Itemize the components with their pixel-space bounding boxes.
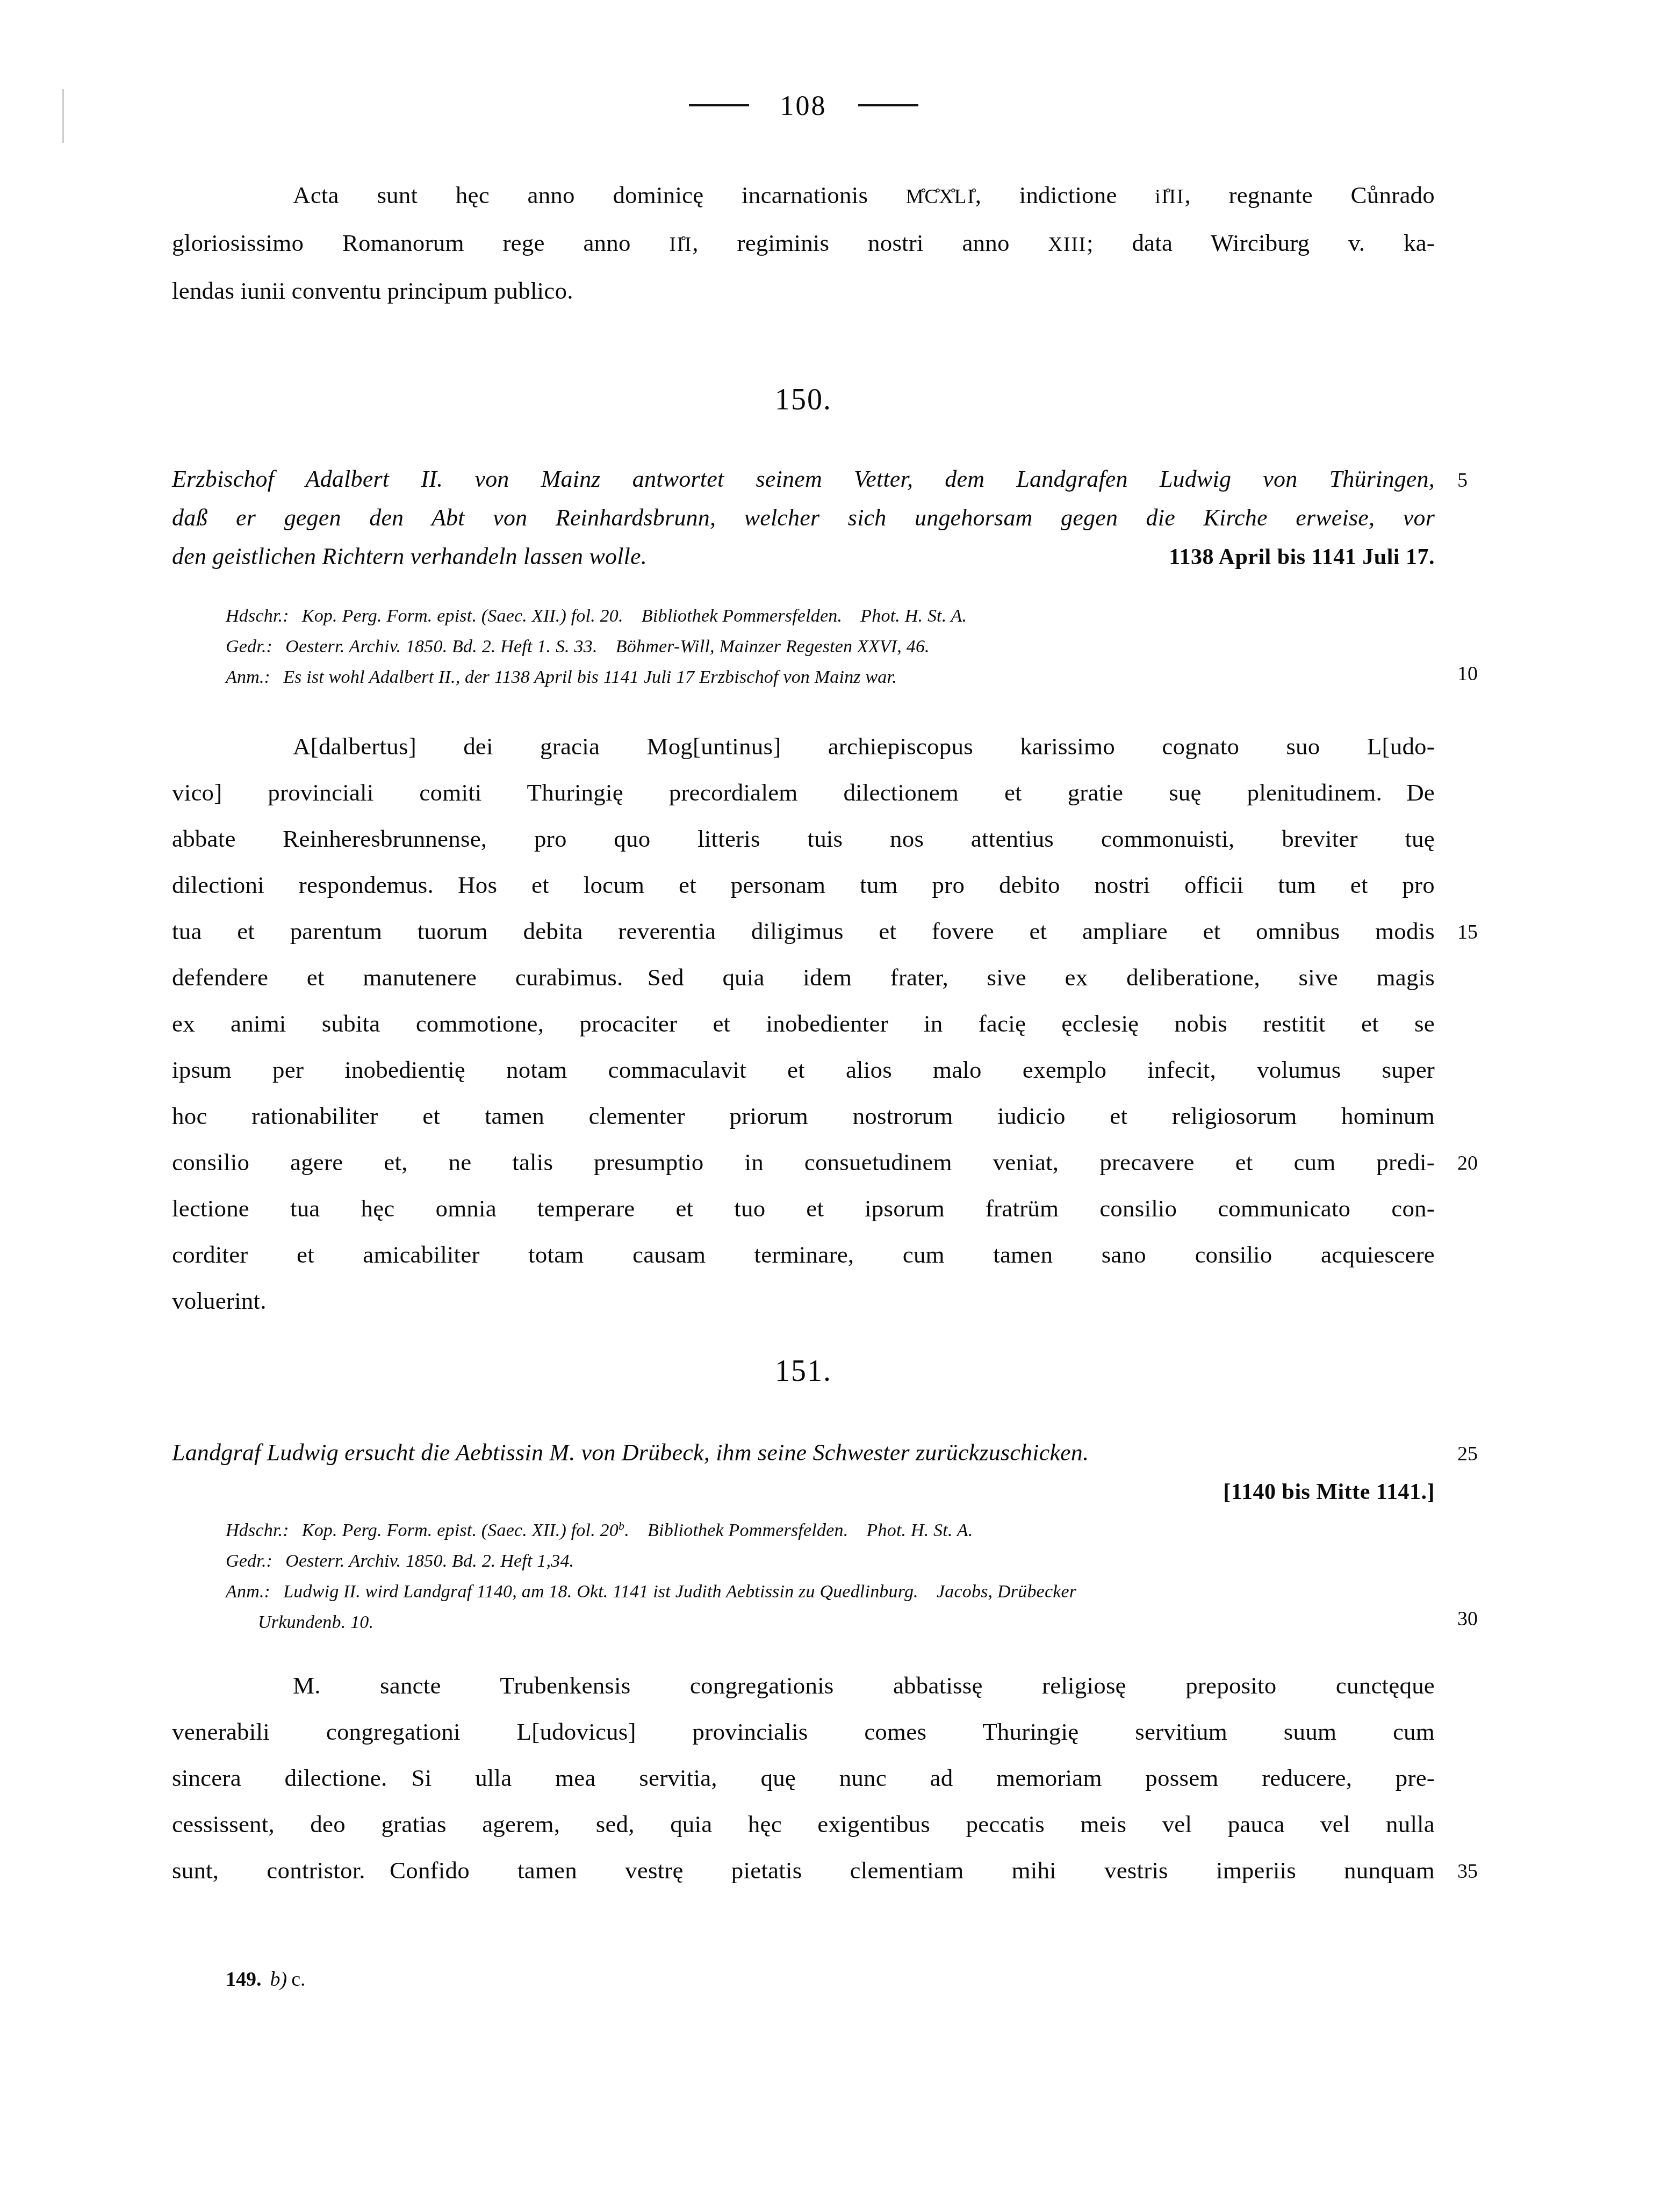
footnote-sigla: b) <box>270 1968 287 1991</box>
body-line: vico] provinciali comiti Thuringię preco… <box>172 769 1435 816</box>
text-run: gloriosissimo Romanorum rege anno <box>172 229 669 256</box>
page-number: 108 <box>780 91 827 121</box>
header-rule-left-icon <box>689 104 749 106</box>
entry-151-number: 151. <box>172 1354 1435 1388</box>
text-run: Erzbischof Adalbert II. von Mainz antwor… <box>172 466 1435 492</box>
source-label: Anm.: <box>226 667 270 687</box>
body-line: voluerint. <box>172 1278 1435 1324</box>
text-run: Acta sunt hęc anno dominicę incarnationi… <box>293 182 906 208</box>
text-run: Ludwig II. wird Landgraf 1140, am 18. Ok… <box>283 1582 1076 1602</box>
body-line: dilectioni respondemus. Hos et locum et … <box>172 862 1435 908</box>
text-run: , indictione <box>975 182 1155 208</box>
margin-line-number: 20 <box>1457 1140 1533 1186</box>
text-run: Urkundenb. 10. <box>258 1612 373 1632</box>
source-line-anm: Anm.:Es ist wohl Adalbert II., der 1138 … <box>172 662 1435 693</box>
body-line: ex animi subita commotione, procaciter e… <box>172 1000 1435 1047</box>
text-line: lendas iunii conventu principum publico. <box>172 268 1435 314</box>
source-label: Hdschr.: <box>226 1521 289 1540</box>
regest-line: daß er gegen den Abt von Reinhardsbrunn,… <box>172 499 1435 537</box>
footnote: 149.b)c. <box>172 1968 1489 1991</box>
body-line: A[dalbertus] dei gracia Mog[untinus] arc… <box>172 723 1435 769</box>
body-line: M. sancte Trubenkensis congregationis ab… <box>172 1662 1435 1709</box>
regest-line: Erzbischof Adalbert II. von Mainz antwor… <box>172 460 1435 499</box>
intro-paragraph: Acta sunt hęc anno dominicę incarnationi… <box>172 172 1435 314</box>
text-run: Es ist wohl Adalbert II., der 1138 April… <box>283 667 897 687</box>
body-line: hoc rationabiliter et tamen clementer pr… <box>172 1093 1435 1139</box>
body-line: defendere et manutenere curabimus. Sed q… <box>172 954 1435 1000</box>
margin-line-number: 30 <box>1457 1604 1533 1634</box>
entry-151-source-notes: Hdschr.:Kop. Perg. Form. epist. (Saec. X… <box>172 1515 1435 1638</box>
entry-150-number: 150. <box>172 383 1435 417</box>
text-run: . Bibliothek Pommersfelden. Phot. H. St.… <box>624 1521 973 1540</box>
body-line: consilio agere et, ne talis presumptio i… <box>172 1139 1435 1185</box>
superscript-folio: b <box>619 1519 624 1532</box>
text-run: , regiminis nostri anno <box>692 229 1048 256</box>
regest-line: den geistlichen Richtern verhandeln lass… <box>172 537 1435 577</box>
roman-numeral: XIII <box>1048 233 1087 255</box>
entry-150-regest: Erzbischof Adalbert II. von Mainz antwor… <box>172 460 1435 577</box>
source-label: Anm.: <box>226 1582 270 1602</box>
entry-150-body: A[dalbertus] dei gracia Mog[untinus] arc… <box>172 723 1435 1324</box>
text-run: consilio agere et, ne talis presumptio i… <box>172 1149 1435 1176</box>
text-run: Kop. Perg. Form. epist. (Saec. XII.) fol… <box>302 606 967 626</box>
body-line: sincera dilectione. Si ulla mea servitia… <box>172 1755 1435 1801</box>
body-line: abbate Reinheresbrunnense, pro quo litte… <box>172 816 1435 862</box>
source-label: Gedr.: <box>226 1551 272 1571</box>
footnote-entry-ref: 149. <box>226 1968 262 1991</box>
source-line-anm-continuation: Urkundenb. 10.30 <box>172 1607 1435 1638</box>
text-run: sunt, contristor. Confido tamen vestrę p… <box>172 1857 1435 1884</box>
source-line-gedr: Gedr.:Oesterr. Archiv. 1850. Bd. 2. Heft… <box>172 1546 1435 1576</box>
entry-150-date: 1138 April bis 1141 Juli 17. <box>1169 538 1435 577</box>
text-run: Oesterr. Archiv. 1850. Bd. 2. Heft 1. S.… <box>285 637 930 657</box>
entry-151-body: M. sancte Trubenkensis congregationis ab… <box>172 1662 1435 1893</box>
text-run: Oesterr. Archiv. 1850. Bd. 2. Heft 1,34. <box>285 1551 574 1571</box>
body-line: tua et parentum tuorum debita reverentia… <box>172 908 1435 954</box>
body-line: venerabili congregationi L[udovicus] pro… <box>172 1709 1435 1755</box>
source-line-anm: Anm.:Ludwig II. wird Landgraf 1140, am 1… <box>172 1576 1435 1607</box>
source-line-hdschr: Hdschr.:Kop. Perg. Form. epist. (Saec. X… <box>172 1515 1435 1546</box>
source-line-hdschr: Hdschr.:Kop. Perg. Form. epist. (Saec. X… <box>172 601 1435 631</box>
roman-numeral: M̊C̊X̊LI̊ <box>906 185 975 207</box>
regest-line: [1140 bis Mitte 1141.] <box>172 1472 1435 1511</box>
entry-150-source-notes: Hdschr.:Kop. Perg. Form. epist. (Saec. X… <box>172 601 1435 693</box>
text-line: Acta sunt hęc anno dominicę incarnationi… <box>172 172 1435 220</box>
text-run: tua et parentum tuorum debita reverentia… <box>172 918 1435 945</box>
margin-line-number: 35 <box>1457 1848 1533 1894</box>
roman-numeral: iI̊II <box>1155 185 1184 207</box>
margin-line-number: 5 <box>1457 461 1533 500</box>
scan-edge-artifact <box>62 89 64 143</box>
text-run: ; data Wirciburg v. ka- <box>1087 229 1435 256</box>
page-header: 108 <box>172 90 1435 122</box>
margin-line-number: 15 <box>1457 909 1533 955</box>
entry-151-date: [1140 bis Mitte 1141.] <box>1223 1480 1435 1504</box>
entry-151-regest: Landgraf Ludwig ersucht die Aebtissin M.… <box>172 1433 1435 1511</box>
footnote-text: c. <box>291 1968 305 1991</box>
source-line-gedr: Gedr.:Oesterr. Archiv. 1850. Bd. 2. Heft… <box>172 631 1435 662</box>
text-run: den geistlichen Richtern verhandeln lass… <box>172 537 647 576</box>
text-line: gloriosissimo Romanorum rege anno II̊I, … <box>172 220 1435 268</box>
body-line: lectione tua hęc omnia temperare et tuo … <box>172 1185 1435 1231</box>
body-line: ipsum per inobedientię notam commaculavi… <box>172 1047 1435 1093</box>
source-label: Hdschr.: <box>226 606 289 626</box>
body-line: corditer et amicabiliter totam causam te… <box>172 1231 1435 1278</box>
regest-line: Landgraf Ludwig ersucht die Aebtissin M.… <box>172 1433 1435 1472</box>
roman-numeral: II̊I <box>669 233 692 255</box>
body-line: cessissent, deo gratias agerem, sed, qui… <box>172 1801 1435 1847</box>
source-label: Gedr.: <box>226 637 272 657</box>
text-run: Landgraf Ludwig ersucht die Aebtissin M.… <box>172 1439 1089 1466</box>
text-run: Kop. Perg. Form. epist. (Saec. XII.) fol… <box>302 1521 619 1540</box>
text-run: , regnante Cůnrado <box>1184 182 1435 208</box>
header-rule-right-icon <box>858 104 918 106</box>
book-page-scan: 108 Acta sunt hęc anno dominicę incarnat… <box>0 0 1661 2212</box>
margin-line-number: 10 <box>1457 659 1533 689</box>
margin-line-number: 25 <box>1457 1435 1533 1473</box>
body-line: sunt, contristor. Confido tamen vestrę p… <box>172 1847 1435 1893</box>
